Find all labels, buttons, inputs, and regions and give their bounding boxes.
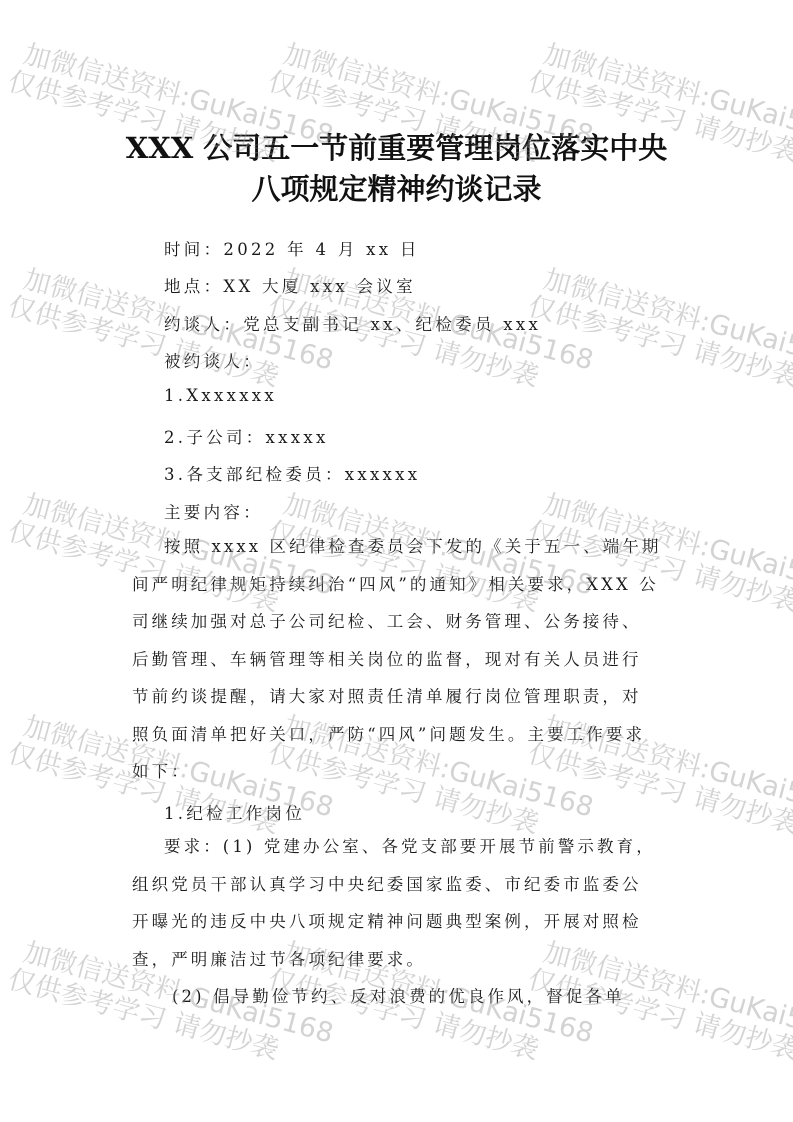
paragraph-line: 间严明纪律规矩持续纠治“四风”的通知》相关要求，XXX 公 (132, 566, 672, 604)
document-title-line2: 八项规定精神约谈记录 (0, 167, 793, 208)
paragraph-line: 后勤管理、车辆管理等相关岗位的监督，现对有关人员进行 (132, 641, 672, 679)
section1-heading: 1.纪检工作岗位 (164, 800, 305, 824)
meta-time: 时间：2022 年 4 月 xx 日 (164, 236, 420, 260)
requirement2-paragraph: (2) 倡导勤俭节约、反对浪费的优良作风，督促各单 (132, 978, 672, 1016)
meta-interviewee-1: 1.Xxxxxxx (164, 386, 277, 405)
paragraph-line: 组织党员干部认真学习中央纪委国家监委、市纪委市监委公 (132, 866, 672, 904)
paragraph-line: 开曝光的违反中央八项规定精神问题典型案例，开展对照检 (132, 903, 672, 941)
requirement1-paragraph: 要求：(1) 党建办公室、各党支部要开展节前警示教育， 组织党员干部认真学习中央… (132, 828, 672, 978)
intro-paragraph: 按照 xxxx 区纪律检查委员会下发的《关于五一、端午期 间严明纪律规矩持续纠治… (132, 528, 672, 791)
meta-interviewers: 约谈人：党总支副书记 xx、纪检委员 xxx (164, 311, 541, 335)
meta-main-content-label: 主要内容： (164, 499, 263, 523)
document-title-line1: XXX 公司五一节前重要管理岗位落实中央 (0, 126, 793, 167)
paragraph-line: (2) 倡导勤俭节约、反对浪费的优良作风，督促各单 (132, 978, 672, 1016)
paragraph-line: 如下： (132, 753, 672, 791)
paragraph-line: 查，严明廉洁过节各项纪律要求。 (132, 941, 672, 979)
paragraph-line: 按照 xxxx 区纪律检查委员会下发的《关于五一、端午期 (132, 528, 672, 566)
meta-interviewee-3: 3.各支部纪检委员：xxxxxx (164, 461, 420, 485)
meta-interviewee-2: 2.子公司：xxxxx (164, 424, 329, 448)
paragraph-line: 节前约谈提醒，请大家对照责任清单履行岗位管理职责，对 (132, 678, 672, 716)
meta-location: 地点：XX 大厦 xxx 会议室 (164, 273, 416, 297)
meta-interviewees-label: 被约谈人： (164, 348, 263, 372)
paragraph-line: 要求：(1) 党建办公室、各党支部要开展节前警示教育， (132, 828, 672, 866)
paragraph-line: 照负面清单把好关口，严防“四风”问题发生。主要工作要求 (132, 716, 672, 754)
paragraph-line: 司继续加强对总子公司纪检、工会、财务管理、公务接待、 (132, 603, 672, 641)
document-page: XXX 公司五一节前重要管理岗位落实中央 八项规定精神约谈记录 时间：2022 … (0, 0, 793, 1122)
